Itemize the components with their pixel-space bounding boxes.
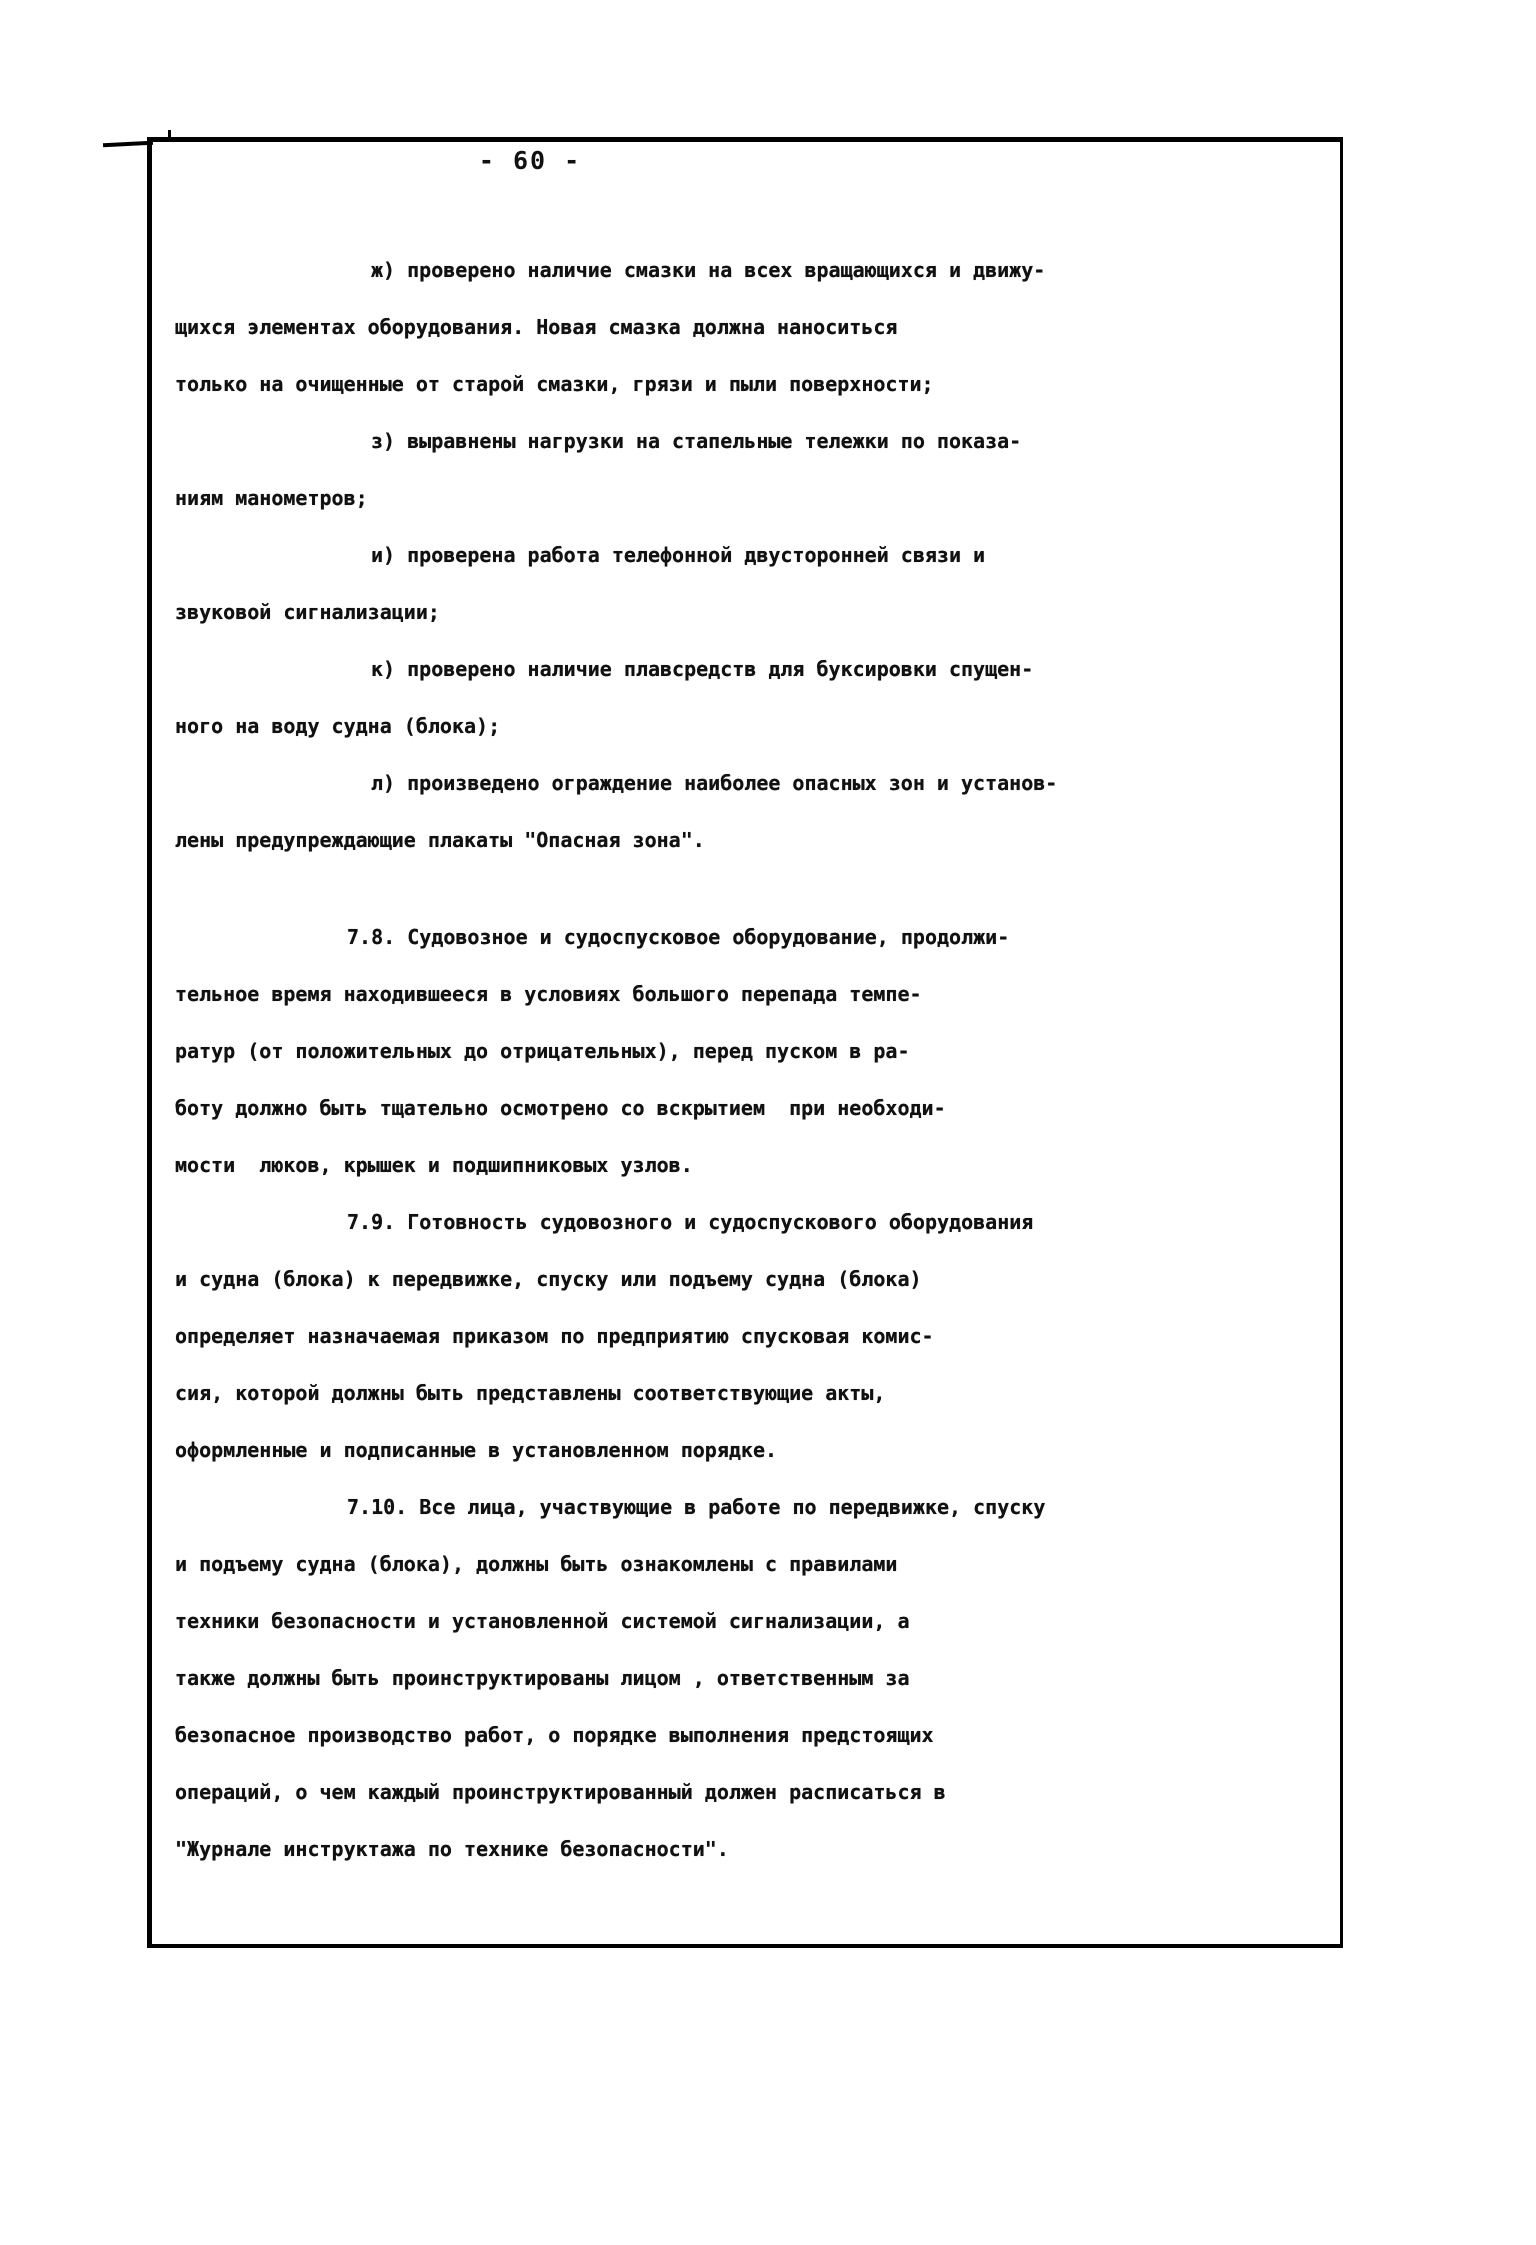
ink-mark (103, 141, 153, 148)
scanned-document-page: - 60 - ж) проверено наличие смазки на вс… (0, 0, 1536, 2245)
paragraph: 7.9. Готовность судовозного и судоспуско… (175, 1194, 965, 1479)
text-line: определяет назначаемая приказом по предп… (175, 1308, 965, 1365)
paragraph: л) произведено ограждение наиболее опасн… (175, 755, 965, 869)
text-line: з) выравнены нагрузки на стапельные теле… (175, 413, 965, 470)
text-line: "Журнале инструктажа по технике безопасн… (175, 1821, 965, 1878)
text-line: сия, которой должны быть представлены со… (175, 1365, 965, 1422)
text-line: и судна (блока) к передвижке, спуску или… (175, 1251, 965, 1308)
paragraph: к) проверено наличие плавсредств для бук… (175, 641, 965, 755)
text-line: только на очищенные от старой смазки, гр… (175, 356, 965, 413)
text-line: безопасное производство работ, о порядке… (175, 1707, 965, 1764)
text-line: звуковой сигнализации; (175, 584, 965, 641)
text-line: ного на воду судна (блока); (175, 698, 965, 755)
text-line: л) произведено ограждение наиболее опасн… (175, 755, 965, 812)
text-line: ратур (от положительных до отрицательных… (175, 1023, 965, 1080)
text-line: ж) проверено наличие смазки на всех вращ… (175, 242, 965, 299)
document-text: ж) проверено наличие смазки на всех вращ… (175, 242, 965, 1878)
text-line: операций, о чем каждый проинструктирован… (175, 1764, 965, 1821)
text-line: ниям манометров; (175, 470, 965, 527)
paragraph: 7.10. Все лица, участвующие в работе по … (175, 1479, 965, 1878)
text-line: 7.9. Готовность судовозного и судоспуско… (175, 1194, 965, 1251)
text-line: тельное время находившееся в условиях бо… (175, 966, 965, 1023)
text-line: щихся элементах оборудования. Новая смаз… (175, 299, 965, 356)
text-line: лены предупреждающие плакаты "Опасная зо… (175, 812, 965, 869)
paragraph: з) выравнены нагрузки на стапельные теле… (175, 413, 965, 527)
text-line: 7.10. Все лица, участвующие в работе по … (175, 1479, 965, 1536)
paragraph: ж) проверено наличие смазки на всех вращ… (175, 242, 965, 413)
text-line: 7.8. Судовозное и судоспусковое оборудов… (175, 909, 965, 966)
text-line: техники безопасности и установленной сис… (175, 1593, 965, 1650)
paragraph: 7.8. Судовозное и судоспусковое оборудов… (175, 909, 965, 1194)
text-line: и) проверена работа телефонной двусторон… (175, 527, 965, 584)
text-line: также должны быть проинструктированы лиц… (175, 1650, 965, 1707)
text-line: оформленные и подписанные в установленно… (175, 1422, 965, 1479)
text-line: к) проверено наличие плавсредств для бук… (175, 641, 965, 698)
text-line: боту должно быть тщательно осмотрено со … (175, 1080, 965, 1137)
text-line: мости люков, крышек и подшипниковых узло… (175, 1137, 965, 1194)
page-number: - 60 - (470, 146, 590, 175)
paragraph: и) проверена работа телефонной двусторон… (175, 527, 965, 641)
text-line: и подъему судна (блока), должны быть озн… (175, 1536, 965, 1593)
